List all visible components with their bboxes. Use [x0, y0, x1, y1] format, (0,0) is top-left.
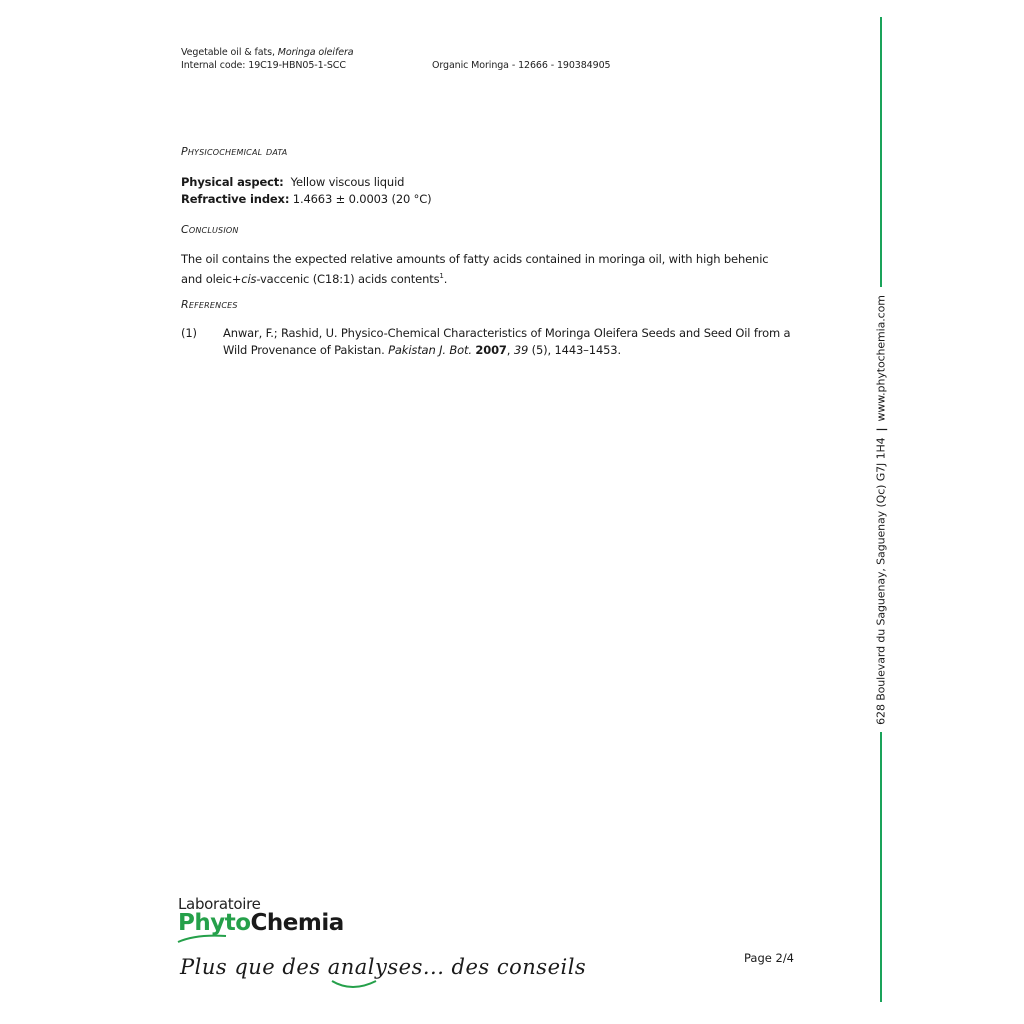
refractive-index-row: Refractive index: 1.4663 ± 0.0003 (20 °C… [181, 191, 431, 208]
company-address: 628 Boulevard du Saguenay, Saguenay (Qc)… [875, 437, 888, 724]
tagline-swoosh-icon [328, 975, 388, 991]
conclusion-text-end: . [444, 272, 448, 286]
logo-chemia: Chemia [251, 910, 344, 936]
reference-pages: (5), 1443–1453. [528, 343, 621, 357]
physical-aspect-label: Physical aspect: [181, 175, 284, 189]
reference-year: 2007 [475, 343, 506, 357]
conclusion-italic: cis [241, 272, 256, 286]
leaf-swoosh-icon [176, 932, 236, 946]
refractive-index-value: 1.4663 ± 0.0003 (20 °C) [293, 192, 432, 206]
physicochemical-data: Physical aspect: Yellow viscous liquid R… [181, 174, 431, 208]
physical-aspect-value: Yellow viscous liquid [291, 175, 405, 189]
reference-journal: Pakistan J. Bot. [388, 343, 472, 357]
reference-citation: Anwar, F.; Rashid, U. Physico-Chemical C… [223, 325, 801, 359]
separator: | [875, 428, 888, 432]
reference-volume: 39 [514, 343, 528, 357]
document-header: Vegetable oil & fats, Moringa oleifera I… [181, 46, 353, 72]
company-logo: Laboratoire PhytoChemia [178, 895, 344, 936]
logo-phytochemia: PhytoChemia [178, 910, 344, 936]
references-title: References [181, 298, 238, 311]
physical-aspect-row: Physical aspect: Yellow viscous liquid [181, 174, 431, 191]
sidebar-rule-top [880, 17, 882, 287]
reference-number: (1) [181, 325, 197, 342]
product-category: Vegetable oil & fats, [181, 47, 278, 58]
conclusion-text: The oil contains the expected relative a… [181, 251, 781, 288]
physicochemical-title: Physicochemical data [181, 145, 287, 158]
conclusion-text-part: -vaccenic (C18:1) acids contents [256, 272, 439, 286]
reference-item: (1) Anwar, F.; Rashid, U. Physico-Chemic… [181, 325, 801, 359]
product-line: Vegetable oil & fats, Moringa oleifera [181, 46, 353, 59]
page-number: Page 2/4 [744, 951, 794, 965]
company-website[interactable]: www.phytochemia.com [875, 295, 888, 421]
sample-id: Organic Moringa - 12666 - 190384905 [432, 59, 610, 72]
refractive-index-label: Refractive index: [181, 192, 289, 206]
product-species: Moringa oleifera [278, 47, 354, 58]
sidebar-contact: 628 Boulevard du Saguenay, Saguenay (Qc)… [875, 295, 888, 725]
internal-code: Internal code: 19C19-HBN05-1-SCC [181, 59, 353, 72]
reference-authors-title: Anwar, F.; Rashid, U. Physico-Chemical C… [223, 326, 790, 357]
sidebar-rule-bottom [880, 732, 882, 1002]
conclusion-title: Conclusion [181, 223, 239, 236]
